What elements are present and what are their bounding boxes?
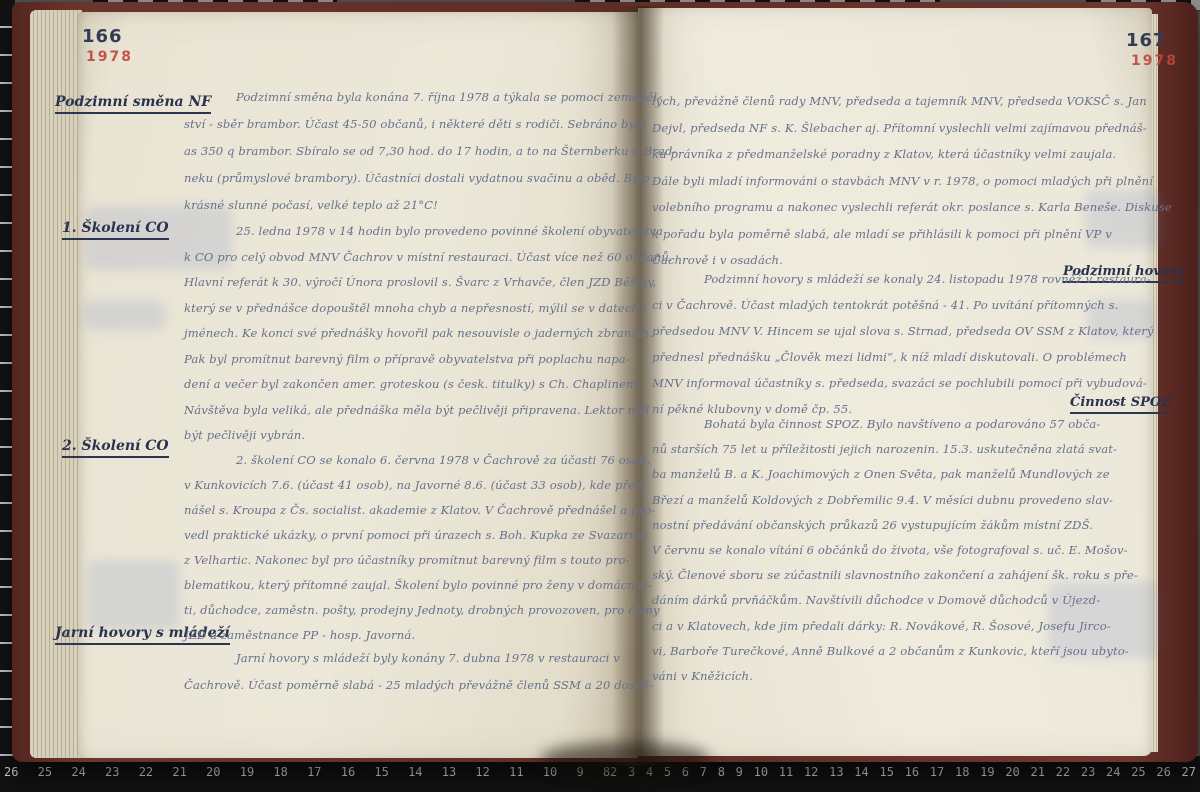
paragraph-2-skoleni-co: 2. školení CO se konalo 6. června 1978 v… bbox=[184, 448, 660, 648]
handwritten-line: ci a v Klatovech, kde jim předali dárky:… bbox=[652, 614, 1138, 639]
handwritten-line: dáním dárků prvňáčkům. Navštívili důchod… bbox=[652, 588, 1138, 613]
handwritten-line: 25. ledna 1978 v 14 hodin bylo provedeno… bbox=[184, 219, 673, 245]
handwritten-line: 2. školení CO se konalo 6. června 1978 v… bbox=[184, 448, 660, 473]
paragraph-1-skoleni-co: 25. ledna 1978 v 14 hodin bylo provedeno… bbox=[184, 219, 673, 449]
book-scan-photo: 26 25 24 23 22 21 20 19 18 17 16 15 14 1… bbox=[0, 0, 1200, 792]
gutter-bottom-shadow bbox=[540, 742, 710, 776]
handwritten-line: být pečlivěji vybrán. bbox=[184, 423, 673, 449]
ink-bleed-ghost bbox=[88, 560, 180, 630]
handwritten-line: který se v přednášce dopouštěl mnoha chy… bbox=[184, 296, 673, 322]
handwritten-line: Návštěva byla veliká, ale přednáška měla… bbox=[184, 398, 673, 424]
handwritten-line: k pořadu byla poměrně slabá, ale mladí s… bbox=[652, 221, 1172, 248]
handwritten-line: ský. Členové sboru se zúčastnili slavnos… bbox=[652, 563, 1138, 588]
handwritten-line: vi, Barboře Turečkové, Anně Bulkové a 2 … bbox=[652, 639, 1138, 664]
handwritten-line: ci v Čachrově. Účast mladých tentokrát p… bbox=[652, 292, 1154, 318]
paragraph-podzimni-smena: Podzimní směna byla konána 7. října 1978… bbox=[184, 84, 677, 219]
handwritten-line: váni v Kněžicích. bbox=[652, 664, 1138, 689]
margin-heading-1-skoleni-co: 1. Školení CO bbox=[62, 220, 169, 240]
handwritten-line: MNV informoval účastníky s. předseda, sv… bbox=[652, 370, 1154, 396]
handwritten-line: ku právníka z předmanželské poradny z Kl… bbox=[652, 141, 1172, 168]
margin-heading-2-skoleni-co: 2. Školení CO bbox=[62, 438, 169, 458]
handwritten-line: Podzimní hovory s mládeží se konaly 24. … bbox=[652, 266, 1154, 292]
handwritten-line: Dejvl, předseda NF s. K. Šlebacher aj. P… bbox=[652, 115, 1172, 142]
handwritten-line: blematikou, který přítomné zaujal. Škole… bbox=[184, 573, 660, 598]
handwritten-line: z Velhartic. Nakonec byl pro účastníky p… bbox=[184, 548, 660, 573]
handwritten-line: nů starších 75 let u příležitosti jejich… bbox=[652, 437, 1138, 462]
handwritten-line: Hlavní referát k 30. výročí Února proslo… bbox=[184, 270, 673, 296]
handwritten-line: dení a večer byl zakončen amer. grotesko… bbox=[184, 372, 673, 398]
page-number: 167 bbox=[1126, 30, 1167, 51]
page-number: 166 bbox=[82, 26, 123, 47]
paragraph-jarni-hovory: Jarní hovory s mládeží byly konány 7. du… bbox=[184, 645, 653, 699]
handwritten-line: Pak byl promítnut barevný film o příprav… bbox=[184, 347, 673, 373]
paragraph-continuation: lých, převážně členů rady MNV, předseda … bbox=[652, 88, 1172, 274]
paragraph-podzimni-hovory: Podzimní hovory s mládeží se konaly 24. … bbox=[652, 266, 1154, 422]
year-stamp: 1978 bbox=[86, 49, 133, 65]
handwritten-line: nášel s. Kroupa z Čs. socialist. akademi… bbox=[184, 498, 660, 523]
handwritten-line: Podzimní směna byla konána 7. října 1978… bbox=[184, 84, 677, 111]
handwritten-line: lých, převážně členů rady MNV, předseda … bbox=[652, 88, 1172, 115]
handwritten-line: v Kunkovicích 7.6. (účast 41 osob), na J… bbox=[184, 473, 660, 498]
page-stack-edge-left bbox=[30, 10, 82, 758]
handwritten-line: as 350 q brambor. Sbíralo se od 7,30 hod… bbox=[184, 138, 677, 165]
handwritten-line: Jarní hovory s mládeží byly konány 7. du… bbox=[184, 645, 653, 672]
handwritten-line: jménech. Ke konci své přednášky hovořil … bbox=[184, 321, 673, 347]
handwritten-line: ství - sběr brambor. Účast 45-50 občanů,… bbox=[184, 111, 677, 138]
ink-bleed-ghost bbox=[84, 300, 166, 330]
handwritten-line: volebního programu a nakonec vyslechli r… bbox=[652, 194, 1172, 221]
handwritten-line: Březí a manželů Koldových z Dobřemilic 9… bbox=[652, 488, 1138, 513]
handwritten-line: k CO pro celý obvod MNV Čachrov v místní… bbox=[184, 245, 673, 271]
handwritten-line: Dále byli mladí informováni o stavbách M… bbox=[652, 168, 1172, 195]
paragraph-cinnost-spoz: Bohatá byla činnost SPOZ. Bylo navštíven… bbox=[652, 412, 1138, 689]
handwritten-line: nostní předávání občanských průkazů 26 v… bbox=[652, 513, 1138, 538]
handwritten-line: předsedou MNV V. Hincem se ujal slova s.… bbox=[652, 318, 1154, 344]
handwritten-line: Bohatá byla činnost SPOZ. Bylo navštíven… bbox=[652, 412, 1138, 437]
handwritten-line: vedl praktické ukázky, o první pomoci př… bbox=[184, 523, 660, 548]
ruler-numbers-left: 26 25 24 23 22 21 20 19 18 17 16 15 14 1… bbox=[4, 765, 610, 779]
handwritten-line: V červnu se konalo vítání 6 občánků do ž… bbox=[652, 538, 1138, 563]
handwritten-line: ti, důchodce, zaměstn. pošty, prodejny J… bbox=[184, 598, 660, 623]
handwritten-line: přednesl přednášku „Člověk mezi lidmi“, … bbox=[652, 344, 1154, 370]
year-stamp: 1978 bbox=[1131, 53, 1178, 69]
handwritten-line: Čachrově. Účast poměrně slabá - 25 mladý… bbox=[184, 672, 653, 699]
handwritten-line: neku (průmyslové brambory). Účastníci do… bbox=[184, 165, 677, 192]
handwritten-line: ba manželů B. a K. Joachimových z Onen S… bbox=[652, 462, 1138, 487]
handwritten-line: krásné slunné počasí, velké teplo až 21°… bbox=[184, 192, 677, 219]
